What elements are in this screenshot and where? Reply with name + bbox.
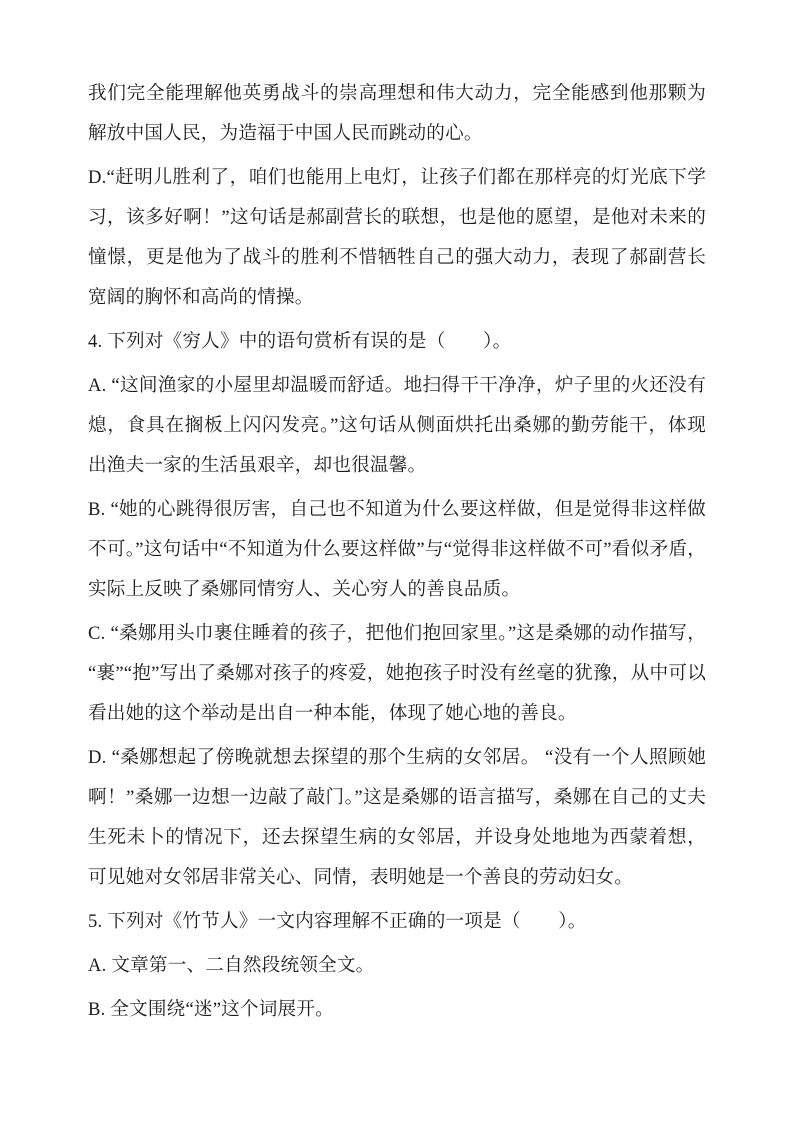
question4-option-a: A. “这间渔家的小屋里却温暖而舒适。地扫得干干净净，炉子里的火还没有熄，食具在… (88, 366, 706, 486)
question4-option-b: B. “她的心跳得很厉害，自己也不知道为什么要这样做，但是觉得非这样做不可。”这… (88, 490, 706, 610)
document-page: 我们完全能理解他英勇战斗的崇高理想和伟大动力，完全能感到他那颗为解放中国人民，为… (88, 74, 706, 1034)
question4-option-c: C. “桑娜用头巾裹住睡着的孩子，把他们抱回家里。”这是桑娜的动作描写，“裹”“… (88, 614, 706, 734)
question4-stem: 4. 下列对《穷人》中的语句赏析有误的是（ ）。 (88, 322, 706, 362)
question4-option-d: D. “桑娜想起了傍晚就想去探望的那个生病的女邻居。 “没有一个人照顾她啊！”桑… (88, 738, 706, 898)
question5-stem: 5. 下列对《竹节人》一文内容理解不正确的一项是（ ）。 (88, 902, 706, 942)
question5-option-b: B. 全文围绕“迷”这个词展开。 (88, 990, 706, 1030)
prev-option-continuation-text: 我们完全能理解他英勇战斗的崇高理想和伟大动力，完全能感到他那颗为解放中国人民，为… (88, 74, 706, 154)
question5-option-a: A. 文章第一、二自然段统领全文。 (88, 946, 706, 986)
question3-option-d: D.“赶明儿胜利了，咱们也能用上电灯，让孩子们都在那样亮的灯光底下学习，该多好啊… (88, 158, 706, 318)
